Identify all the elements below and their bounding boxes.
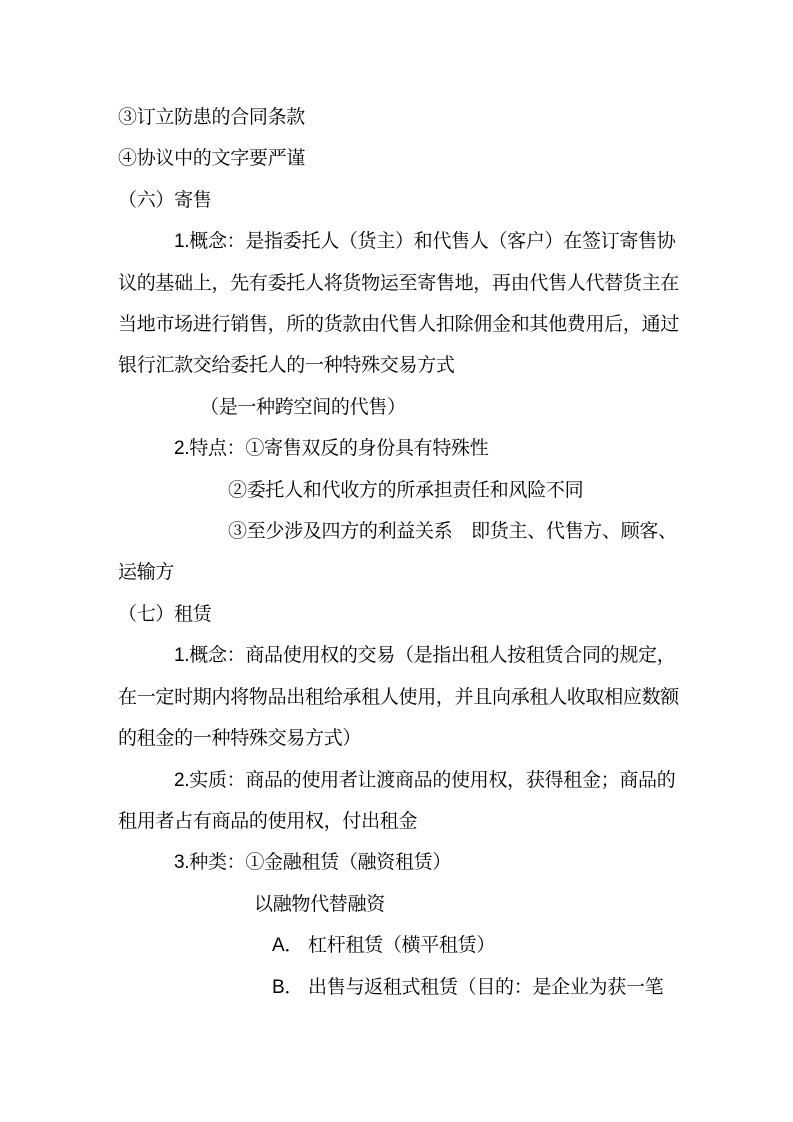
text-line: 当地市场进行销售，所的货款由代售人扣除佣金和其他费用后，通过 <box>118 304 698 345</box>
text-line: 以融物代替融资 <box>254 884 698 925</box>
document-page: ③订立防患的合同条款④协议中的文字要严谨（六）寄售1.概念：是指委托人（货主）和… <box>0 0 793 1122</box>
text-line: 2.实质：商品的使用者让渡商品的使用权，获得租金；商品的 <box>174 760 698 801</box>
text-line: A． 杠杆租赁（横平租赁） <box>272 925 698 966</box>
text-line: 2.特点：①寄售双反的身份具有特殊性 <box>174 428 698 469</box>
text-line: ④协议中的文字要严谨 <box>118 138 698 179</box>
text-line: 在一定时期内将物品出租给承租人使用，并且向承租人收取相应数额 <box>118 677 698 718</box>
text-line: （是一种跨空间的代售） <box>200 387 698 428</box>
text-line: 3.种类：①金融租赁（融资租赁） <box>174 842 698 883</box>
text-line: ②委托人和代收方的所承担责任和风险不同 <box>228 470 698 511</box>
text-line: 租用者占有商品的使用权，付出租金 <box>118 801 698 842</box>
document-text-block: ③订立防患的合同条款④协议中的文字要严谨（六）寄售1.概念：是指委托人（货主）和… <box>118 97 698 1008</box>
text-line: B． 出售与返租式租赁（目的：是企业为获一笔 <box>272 967 698 1008</box>
text-line: 的租金的一种特殊交易方式） <box>118 718 698 759</box>
text-line: 运输方 <box>118 552 698 593</box>
text-line: （六）寄售 <box>118 180 698 221</box>
text-line: 议的基础上，先有委托人将货物运至寄售地，再由代售人代替货主在 <box>118 263 698 304</box>
text-line: 1.概念：是指委托人（货主）和代售人（客户）在签订寄售协 <box>174 221 698 262</box>
text-line: （七）租赁 <box>118 594 698 635</box>
text-line: 1.概念：商品使用权的交易（是指出租人按租赁合同的规定， <box>174 635 698 676</box>
text-line: ③至少涉及四方的利益关系 即货主、代售方、顾客、 <box>228 511 698 552</box>
text-line: ③订立防患的合同条款 <box>118 97 698 138</box>
text-line: 银行汇款交给委托人的一种特殊交易方式 <box>118 345 698 386</box>
